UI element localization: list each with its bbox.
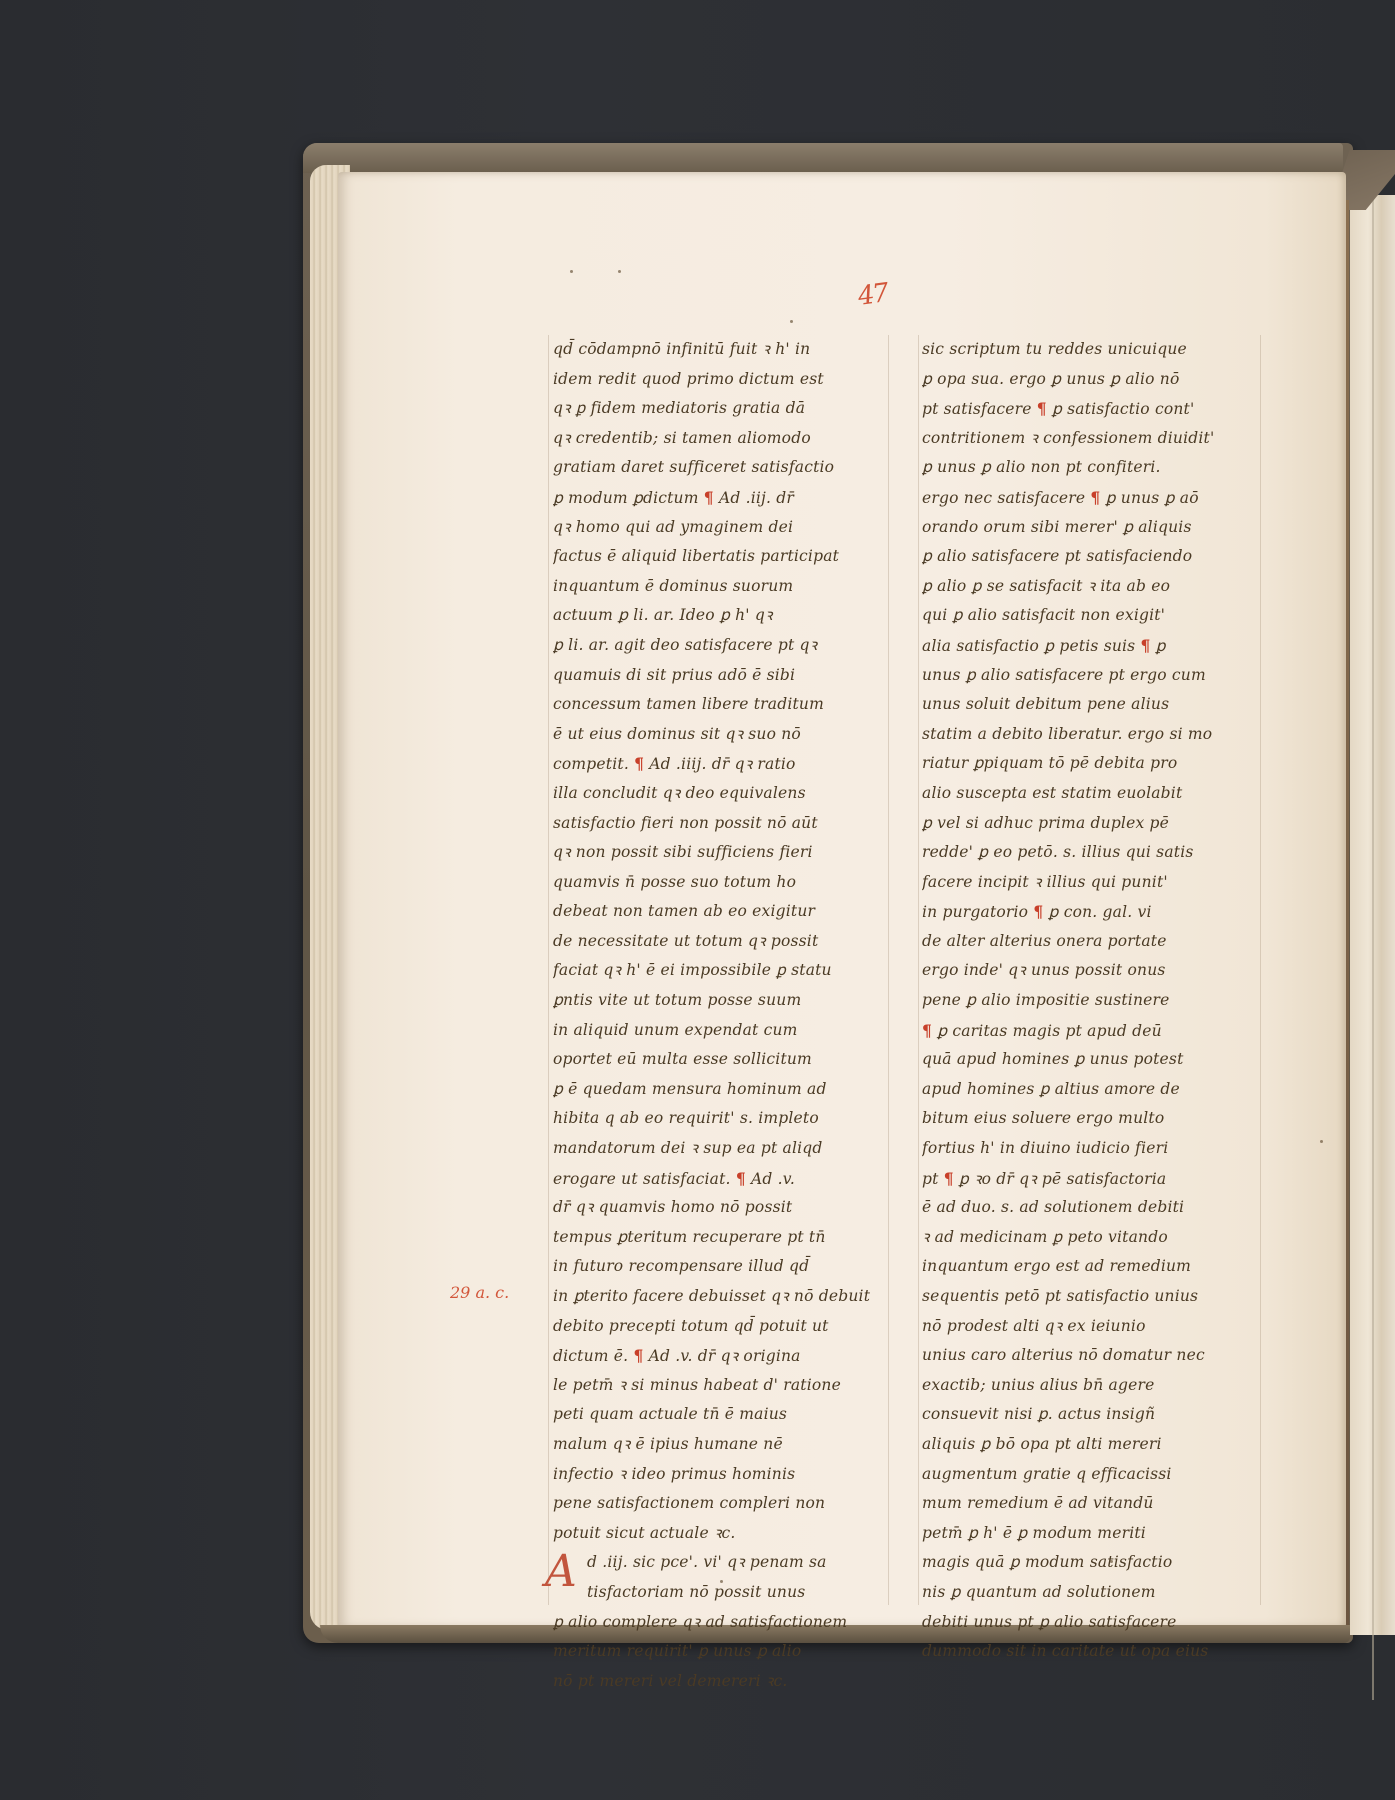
text-line: ergo inde' qꝛ unus possit onus: [922, 956, 1252, 986]
text-line: actuum ꝑ li. ar. Ideo ꝑ h' qꝛ: [553, 601, 883, 631]
pilcrow-rubric-icon: ¶: [634, 754, 644, 773]
ruling-line-mid-left: [888, 335, 889, 1605]
rubricated-initial: A: [545, 1550, 577, 1594]
text-line: inquantum ergo est ad remedium: [922, 1252, 1252, 1282]
text-line: gratiam daret sufficeret satisfactio: [553, 453, 883, 483]
text-line: hibita q ab eo requirit' s. impleto: [553, 1104, 883, 1134]
text-line: unus soluit debitum pene alius: [922, 690, 1252, 720]
text-line: statim a debito liberatur. ergo si mo: [922, 720, 1252, 750]
text-line: oportet eū multa esse sollicitum: [553, 1045, 883, 1075]
text-line: alio suscepta est statim euolabit: [922, 779, 1252, 809]
text-line: erogare ut satisfaciat. ¶ Ad .v.: [553, 1164, 883, 1194]
text-line: quamuis di sit prius adō ē sibi: [553, 661, 883, 691]
pilcrow-rubric-icon: ¶: [1033, 902, 1043, 921]
ruling-line-right: [1260, 335, 1261, 1605]
initial-paragraph: Ad .iij. sic pce'. vi' qꝛ penam satisfac…: [553, 1548, 883, 1696]
text-line: in purgatorio ¶ ꝑ con. gal. vi: [922, 897, 1252, 927]
text-line: apud homines ꝑ altius amore de: [922, 1075, 1252, 1105]
text-line: quā apud homines ꝑ unus potest: [922, 1045, 1252, 1075]
text-line: potuit sicut actuale ꝛc.: [553, 1519, 883, 1549]
gutter-shadow: [1346, 200, 1349, 1630]
text-line: debiti unus pt ꝑ alio satisfacere: [922, 1608, 1252, 1638]
text-line: qd̄ cōdampnō infinitū fuit ꝛ h' in: [553, 335, 883, 365]
text-line: qꝛ ꝑ fidem mediatoris gratia dā: [553, 394, 883, 424]
text-line: factus ē aliquid libertatis participat: [553, 542, 883, 572]
text-line: debito precepti totum qd̄ potuit ut: [553, 1312, 883, 1342]
text-line: aliquis ꝑ bō opa pt alti mereri: [922, 1430, 1252, 1460]
text-line: peti quam actuale tn̄ ē maius: [553, 1400, 883, 1430]
ruling-line-left: [548, 335, 549, 1605]
text-line: dummodo sit in caritate ut opa eius: [922, 1637, 1252, 1667]
text-line: ꝑ modum ꝑdictum ¶ Ad .iij. dr̄: [553, 483, 883, 513]
text-line: redde' ꝑ eo petō. s. illius qui satis: [922, 838, 1252, 868]
text-line: tisfactoriam nō possit unus: [553, 1578, 883, 1608]
text-line: pene satisfactionem compleri non: [553, 1489, 883, 1519]
text-line: malum qꝛ ē ipius humane nē: [553, 1430, 883, 1460]
text-line: ꝑ unus ꝑ alio non pt confiteri.: [922, 453, 1252, 483]
text-line: augmentum gratie q efficacissi: [922, 1460, 1252, 1490]
text-line: ꝑ alio complere qꝛ ad satisfactionem: [553, 1608, 883, 1638]
text-line: mum remedium ē ad vitandū: [922, 1489, 1252, 1519]
text-line: pene ꝑ alio impositie sustinere: [922, 986, 1252, 1016]
text-line: ꝛ ad medicinam ꝑ peto vitando: [922, 1223, 1252, 1253]
text-line: tempus ꝑteritum recuperare pt tn̄: [553, 1223, 883, 1253]
text-line: ꝑ alio ꝑ se satisfacit ꝛ ita ab eo: [922, 572, 1252, 602]
text-line: ¶ ꝑ caritas magis pt apud deū: [922, 1016, 1252, 1046]
text-column-right: sic scriptum tu reddes unicuiqueꝑ opa su…: [922, 335, 1252, 1667]
text-line: quamvis n̄ posse suo totum ho: [553, 868, 883, 898]
text-line: meritum requirit' ꝑ unus ꝑ alio: [553, 1637, 883, 1667]
text-line: le petm̄ ꝛ si minus habeat d' ratione: [553, 1371, 883, 1401]
text-column-left: qd̄ cōdampnō infinitū fuit ꝛ h' inidem r…: [553, 335, 883, 1696]
pilcrow-rubric-icon: ¶: [633, 1346, 643, 1365]
text-line: nis ꝑ quantum ad solutionem: [922, 1578, 1252, 1608]
text-line: dictum ē. ¶ Ad .v. dr̄ qꝛ origina: [553, 1341, 883, 1371]
text-line: exactib; unius alius bn̄ agere: [922, 1371, 1252, 1401]
text-line: riatur ꝑpiquam tō pē debita pro: [922, 749, 1252, 779]
text-line: concessum tamen libere traditum: [553, 690, 883, 720]
text-line: bitum eius soluere ergo multo: [922, 1104, 1252, 1134]
text-line: dr̄ qꝛ quamvis homo nō possit: [553, 1193, 883, 1223]
text-line: pt satisfacere ¶ ꝑ satisfactio cont': [922, 394, 1252, 424]
facing-page-fold: [1372, 150, 1374, 1700]
text-line: in aliquid unum expendat cum: [553, 1016, 883, 1046]
text-line: competit. ¶ Ad .iiij. dr̄ qꝛ ratio: [553, 749, 883, 779]
text-line: debeat non tamen ab eo exigitur: [553, 897, 883, 927]
text-line: qui ꝑ alio satisfacit non exigit': [922, 601, 1252, 631]
text-line: nō pt mereri vel demereri ꝛc.: [553, 1667, 883, 1697]
pilcrow-rubric-icon: ¶: [944, 1169, 954, 1188]
text-line: in futuro recompensare illud qd̄: [553, 1252, 883, 1282]
text-line: idem redit quod primo dictum est: [553, 365, 883, 395]
ruling-line-mid-right: [918, 335, 919, 1605]
text-line: ꝑ alio satisfacere pt satisfaciendo: [922, 542, 1252, 572]
text-line: infectio ꝛ ideo primus hominis: [553, 1460, 883, 1490]
text-line: orando orum sibi merer' ꝑ aliquis: [922, 513, 1252, 543]
text-line: fortius h' in diuino iudicio fieri: [922, 1134, 1252, 1164]
text-line: in ꝑterito facere debuisset qꝛ nō debuit: [553, 1282, 883, 1312]
pilcrow-rubric-icon: ¶: [922, 1021, 932, 1040]
text-line: qꝛ non possit sibi sufficiens fieri: [553, 838, 883, 868]
text-line: ꝑ ē quedam mensura hominum ad: [553, 1075, 883, 1105]
text-line: ꝑ li. ar. agit deo satisfacere pt qꝛ: [553, 631, 883, 661]
binding-top-edge: [303, 143, 1343, 173]
text-line: magis quā ꝑ modum satisfactio: [922, 1548, 1252, 1578]
text-line: ē ad duo. s. ad solutionem debiti: [922, 1193, 1252, 1223]
text-line: de necessitate ut totum qꝛ possit: [553, 927, 883, 957]
text-line: ergo nec satisfacere ¶ ꝑ unus ꝑ aō: [922, 483, 1252, 513]
text-line: ꝑ vel si adhuc prima duplex pē: [922, 809, 1252, 839]
text-line: ē ut eius dominus sit qꝛ suo nō: [553, 720, 883, 750]
text-line: alia satisfactio ꝑ petis suis ¶ ꝑ: [922, 631, 1252, 661]
text-line: consuevit nisi ꝑ. actus insigñ: [922, 1400, 1252, 1430]
text-line: de alter alterius onera portate: [922, 927, 1252, 957]
text-line: ꝑ opa sua. ergo ꝑ unus ꝑ alio nō: [922, 365, 1252, 395]
pilcrow-rubric-icon: ¶: [736, 1169, 746, 1188]
text-line: qꝛ homo qui ad ymaginem dei: [553, 513, 883, 543]
folio-number: 47: [856, 278, 889, 312]
text-line: unus ꝑ alio satisfacere pt ergo cum: [922, 661, 1252, 691]
text-line: facere incipit ꝛ illius qui punit': [922, 868, 1252, 898]
text-line: sic scriptum tu reddes unicuique: [922, 335, 1252, 365]
text-line: ꝑntis vite ut totum posse suum: [553, 986, 883, 1016]
text-line: illa concludit qꝛ deo equivalens: [553, 779, 883, 809]
text-line: satisfactio fieri non possit nō aūt: [553, 809, 883, 839]
text-line: qꝛ credentib; si tamen aliomodo: [553, 424, 883, 454]
pilcrow-rubric-icon: ¶: [704, 488, 714, 507]
pilcrow-rubric-icon: ¶: [1140, 636, 1150, 655]
text-line: contritionem ꝛ confessionem diuidit': [922, 424, 1252, 454]
text-line: nō prodest alti qꝛ ex ieiunio: [922, 1312, 1252, 1342]
text-line: petm̄ ꝑ h' ē ꝑ modum meriti: [922, 1519, 1252, 1549]
text-line: inquantum ē dominus suorum: [553, 572, 883, 602]
text-line: sequentis petō pt satisfactio unius: [922, 1282, 1252, 1312]
text-line: mandatorum dei ꝛ sup ea pt aliqd: [553, 1134, 883, 1164]
pilcrow-rubric-icon: ¶: [1090, 488, 1100, 507]
text-line: pt ¶ ꝑ ꝛo dr̄ qꝛ pē satisfactoria: [922, 1164, 1252, 1194]
text-line: unius caro alterius nō domatur nec: [922, 1341, 1252, 1371]
margin-note: 29 a. c.: [450, 1283, 509, 1302]
pilcrow-rubric-icon: ¶: [1037, 399, 1047, 418]
text-line: faciat qꝛ h' ē ei impossibile ꝑ statu: [553, 956, 883, 986]
text-line: d .iij. sic pce'. vi' qꝛ penam sa: [553, 1548, 883, 1578]
